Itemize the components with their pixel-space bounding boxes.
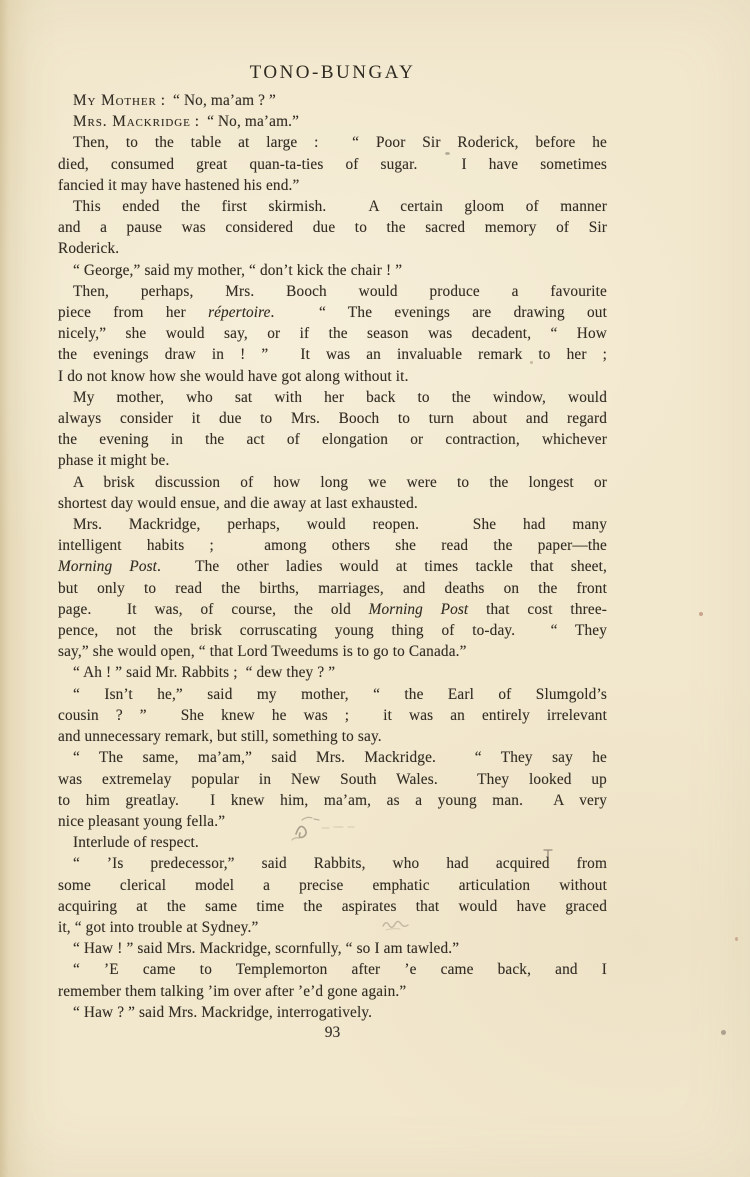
paper-speck [699,612,703,616]
text-block: My Mother : “ No, ma’am ? ”Mrs. Mackridg… [58,90,607,1023]
text-line: Roderick. [58,238,607,259]
paragraph: My mother, who sat with her back to the … [58,387,607,472]
text-line: to him greatlay. I knew him, ma’am, as a… [58,790,607,811]
paragraph: “ The same, ma’am,” said Mrs. Mackridge.… [58,747,607,832]
text-line: piece from her répertoire. “ The evening… [58,302,607,323]
text-line: Morning Post. The other ladies would at … [58,556,607,577]
text-line: cousin ? ” She knew he was ; it was an e… [58,705,607,726]
text-line: acquiring at the same time the aspirates… [58,896,607,917]
text-line: was extremelay popular in New South Wale… [58,769,607,790]
text-line: Then, to the table at large : “ Poor Sir… [58,132,607,153]
text-line: page. It was, of course, the old Morning… [58,599,607,620]
text-line: A brisk discussion of how long we were t… [58,472,607,493]
paper-speck [721,1030,726,1035]
paragraph: “ Ah ! ” said Mr. Rabbits ; “ dew they ?… [58,662,607,683]
text-line: “ ’Is predecessor,” said Rabbits, who ha… [58,853,607,874]
text-line: nicely,” she would say, or if the season… [58,323,607,344]
text-line: “ The same, ma’am,” said Mrs. Mackridge.… [58,747,607,768]
running-title: TONO-BUNGAY [58,62,607,84]
book-page: TONO-BUNGAY My Mother : “ No, ma’am ? ”M… [0,0,750,1177]
text-line: but only to read the births, marriages, … [58,578,607,599]
paragraph: Mrs. Mackridge : “ No, ma’am.” [58,111,607,132]
paragraph: Then, perhaps, Mrs. Booch would produce … [58,281,607,387]
paragraph: Then, to the table at large : “ Poor Sir… [58,132,607,196]
paragraph: “ Haw ! ” said Mrs. Mackridge, scornfull… [58,938,607,959]
text-line: pence, not the brisk corruscating young … [58,620,607,641]
paragraph: “ ’E came to Templemorton after ’e came … [58,959,607,1001]
paragraph: “ ’Is predecessor,” said Rabbits, who ha… [58,853,607,938]
text-line: died, consumed great quan-ta-ties of sug… [58,154,607,175]
paragraph: A brisk discussion of how long we were t… [58,472,607,514]
text-line: the evenings draw in ! ” It was an inval… [58,344,607,365]
paragraph: Interlude of respect. [58,832,607,853]
text-line: Mrs. Mackridge, perhaps, would reopen. S… [58,514,607,535]
text-line: and unnecessary remark, but still, somet… [58,726,607,747]
paper-speck [735,937,738,941]
paragraph: “ Isn’t he,” said my mother, “ the Earl … [58,684,607,748]
text-line: remember them talking ’im over after ’e’… [58,981,607,1002]
text-line: some clerical model a precise emphatic a… [58,875,607,896]
paragraph: My Mother : “ No, ma’am ? ” [58,90,607,111]
page-number: 93 [58,1024,607,1042]
paragraph: This ended the first skirmish. A certain… [58,196,607,260]
text-line: nice pleasant young fella.” [58,811,607,832]
text-line: phase it might be. [58,450,607,471]
text-line: This ended the first skirmish. A certain… [58,196,607,217]
text-line: Mrs. Mackridge : “ No, ma’am.” [58,111,607,132]
paragraph: “ George,” said my mother, “ don’t kick … [58,260,607,281]
text-line: My mother, who sat with her back to the … [58,387,607,408]
text-line: “ Ah ! ” said Mr. Rabbits ; “ dew they ?… [58,662,607,683]
text-line: the evening in the act of elongation or … [58,429,607,450]
text-line: say,” she would open, “ that Lord Tweedu… [58,641,607,662]
text-line: “ Haw ! ” said Mrs. Mackridge, scornfull… [58,938,607,959]
text-line: “ ’E came to Templemorton after ’e came … [58,959,607,980]
text-line: it, “ got into trouble at Sydney.” [58,917,607,938]
text-line: I do not know how she would have got alo… [58,366,607,387]
text-line: shortest day would ensue, and die away a… [58,493,607,514]
paragraph: “ Haw ? ” said Mrs. Mackridge, interroga… [58,1002,607,1023]
text-line: and a pause was considered due to the sa… [58,217,607,238]
text-line: fancied it may have hastened his end.” [58,175,607,196]
paragraph: Mrs. Mackridge, perhaps, would reopen. S… [58,514,607,662]
text-line: Then, perhaps, Mrs. Booch would produce … [58,281,607,302]
text-line: Interlude of respect. [58,832,607,853]
text-line: intelligent habits ; among others she re… [58,535,607,556]
text-line: “ Isn’t he,” said my mother, “ the Earl … [58,684,607,705]
text-line: My Mother : “ No, ma’am ? ” [58,90,607,111]
text-line: “ Haw ? ” said Mrs. Mackridge, interroga… [58,1002,607,1023]
text-line: “ George,” said my mother, “ don’t kick … [58,260,607,281]
text-line: always consider it due to Mrs. Booch to … [58,408,607,429]
